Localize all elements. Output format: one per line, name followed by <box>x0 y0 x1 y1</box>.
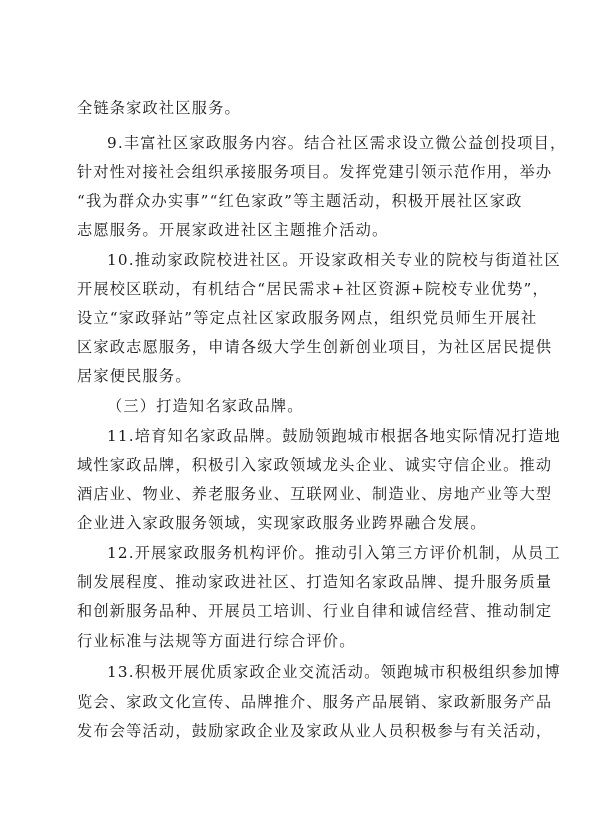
text-line: 9.丰富社区家政服务内容。结合社区需求设立微公益创投项目， <box>107 133 517 153</box>
text-line: 13.积极开展优质家政企业交流活动。领跑城市积极组织参加博 <box>107 662 517 682</box>
text-line: 酒店业、物业、养老服务业、互联网业、制造业、房地产业等大型 <box>77 484 517 504</box>
text-line: “我为群众办实事”“红色家政”等主题活动，积极开展社区家政 <box>77 191 517 211</box>
text-line: 域性家政品牌，积极引入家政领域龙头企业、诚实守信企业。推动 <box>77 455 517 475</box>
text-line: 12.开展家政服务机构评价。推动引入第三方评价机制，从员工 <box>107 543 517 563</box>
document-page: 全链条家政社区服务。9.丰富社区家政服务内容。结合社区需求设立微公益创投项目，针… <box>0 0 589 834</box>
text-line: 针对性对接社会组织承接服务项目。发挥党建引领示范作用，举办 <box>77 162 517 182</box>
text-line: 企业进入家政服务领域，实现家政服务业跨界融合发展。 <box>77 513 517 533</box>
text-line: 全链条家政社区服务。 <box>77 98 517 118</box>
text-line: 区家政志愿服务，申请各级大学生创新创业项目，为社区居民提供 <box>77 337 517 357</box>
text-line: 览会、家政文化宣传、品牌推介、服务产品展销、家政新服务产品 <box>77 692 517 712</box>
text-line: 发布会等活动，鼓励家政企业及家政从业人员积极参与有关活动， <box>77 721 517 741</box>
text-line: 行业标准与法规等方面进行综合评价。 <box>77 631 517 651</box>
text-line: 11.培育知名家政品牌。鼓励领跑城市根据各地实际情况打造地 <box>107 426 517 446</box>
text-line: 设立“家政驿站”等定点社区家政服务网点，组织党员师生开展社 <box>77 308 517 328</box>
text-line: 居家便民服务。 <box>77 366 517 386</box>
text-line: 制发展程度、推动家政进社区、打造知名家政品牌、提升服务质量 <box>77 572 517 592</box>
text-line: 和创新服务品种、开展员工培训、行业自律和诚信经营、推动制定 <box>77 601 517 621</box>
text-line: 志愿服务。开展家政进社区主题推介活动。 <box>77 220 517 240</box>
text-line: 10.推动家政院校进社区。开设家政相关专业的院校与街道社区 <box>107 250 517 270</box>
text-line: 开展校区联动，有机结合“居民需求+社区资源+院校专业优势”， <box>77 279 517 299</box>
text-line: （三）打造知名家政品牌。 <box>107 396 517 416</box>
